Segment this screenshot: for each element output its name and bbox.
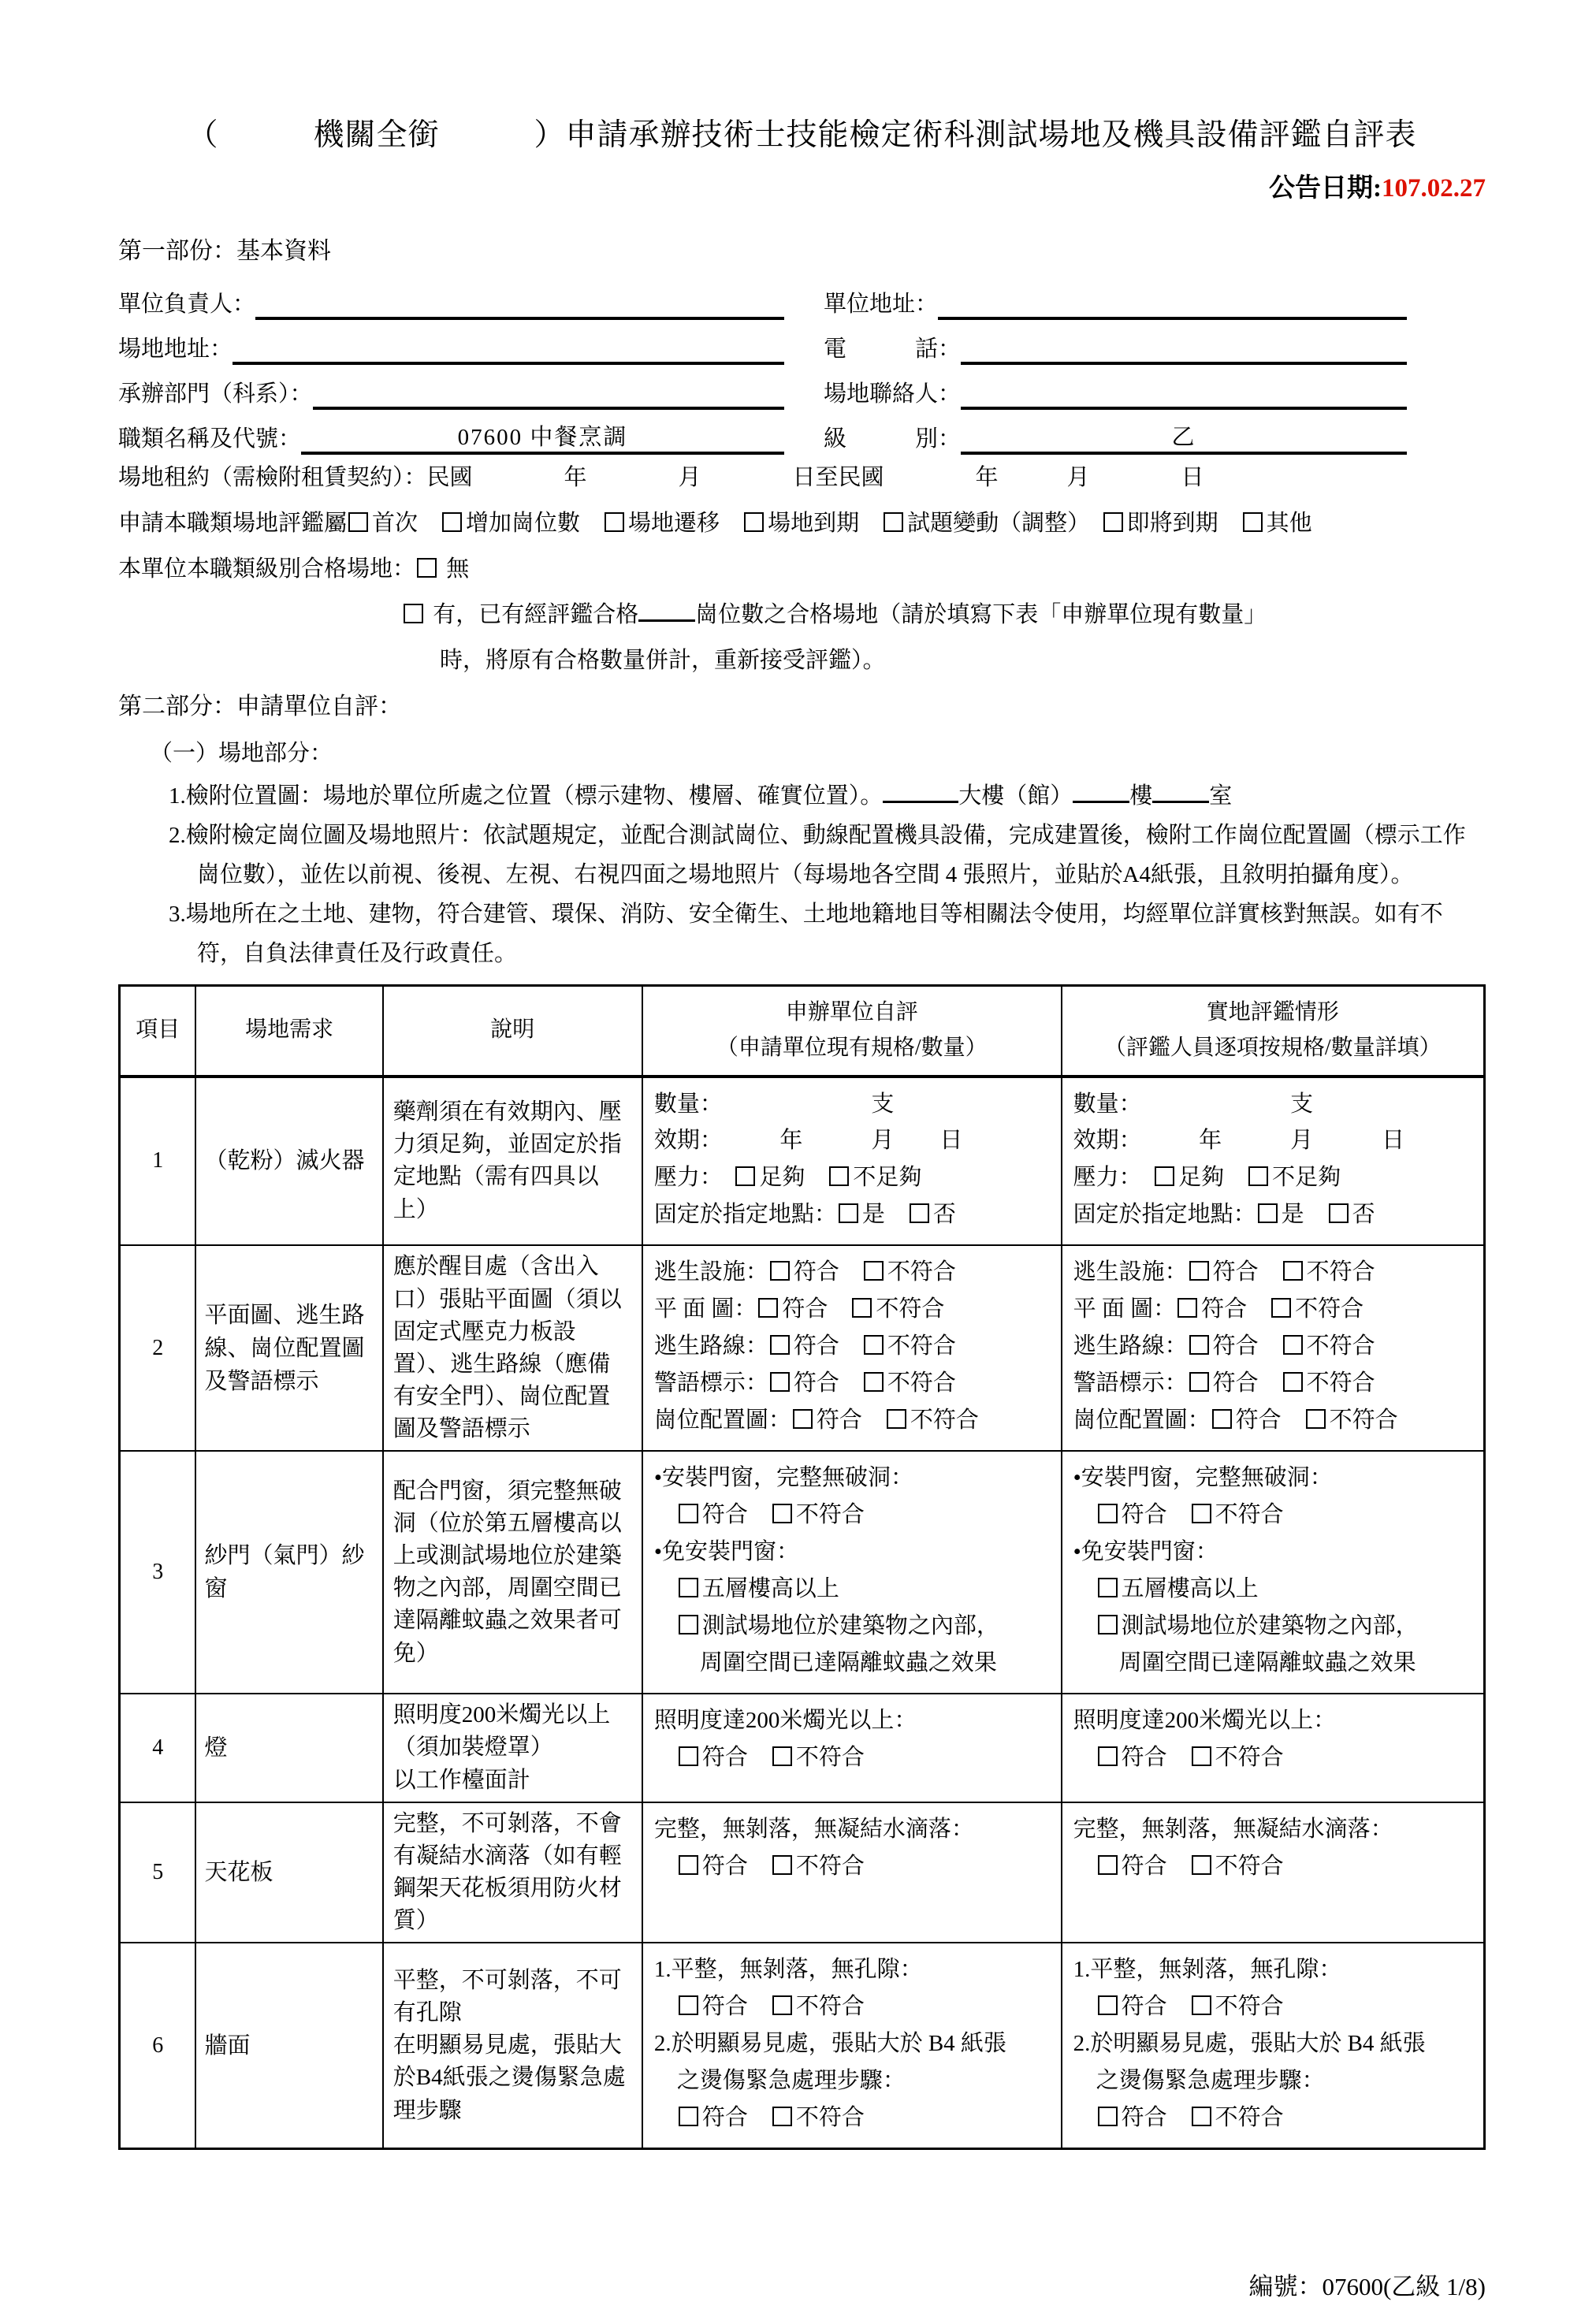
checkbox[interactable]: [417, 558, 437, 578]
checkbox[interactable]: [884, 512, 903, 532]
field-level: 級 別： 乙: [824, 410, 1407, 455]
col-header-item: 項目: [120, 986, 196, 1077]
cell-site-eval: •安裝門窗，完整無破洞： 符合 不符合•免安裝門窗： 五層樓高以上 測試場地位於…: [1062, 1451, 1485, 1694]
cell-self-eval: 1.平整，無剝落，無孔隙： 符合 不符合2.於明顯易見處，張貼大於 B4 紙張 …: [642, 1943, 1062, 2148]
cell-item: 1: [120, 1077, 196, 1246]
checkbox[interactable]: [1329, 1203, 1349, 1223]
checkbox[interactable]: [404, 604, 423, 623]
checkbox[interactable]: [1098, 1615, 1118, 1634]
checkbox[interactable]: [679, 2107, 698, 2126]
field-input-line[interactable]: [938, 284, 1407, 320]
field-label: 級 別：: [824, 425, 961, 455]
field-label: 職類名稱及代號：: [118, 425, 301, 455]
checkbox[interactable]: [1098, 1995, 1118, 2015]
table-row: 2 平面圖、逃生路線、崗位配置圖及警語標示 應於醒目處（含出入口）張貼平面圖（須…: [120, 1245, 1485, 1451]
checkbox[interactable]: [1098, 1578, 1118, 1597]
checkbox[interactable]: [1283, 1261, 1303, 1281]
col-header-self-eval: 申辦單位自評（申請單位現有規格/數量）: [642, 986, 1062, 1077]
checkbox[interactable]: [1192, 2107, 1211, 2126]
form-code-footer: 編號：07600(乙級 1/8): [118, 2267, 1486, 2302]
table-row: 6 牆面 平整，不可剝落，不可有孔隙在明顯易見處，張貼大於B4紙張之燙傷緊急處理…: [120, 1943, 1485, 2148]
checkbox[interactable]: [1212, 1409, 1232, 1429]
field-input-line[interactable]: [961, 374, 1407, 410]
checkbox[interactable]: [793, 1409, 813, 1429]
qualified-site-line-has: 有，已有經評鑑合格崗位數之合格場地（請於填寫下表「申辦單位現有數量」: [118, 592, 1486, 638]
checkbox[interactable]: [1271, 1298, 1291, 1318]
part2-item-3: 3.場地所在之土地、建物，符合建管、環保、消防、安全衛生、土地地籍地目等相關法令…: [118, 894, 1486, 973]
field-label: 單位負責人：: [118, 290, 255, 320]
checkbox[interactable]: [864, 1372, 884, 1392]
cell-site-eval: 數量： 支效期： 年 月 日壓力： 足夠 不足夠固定於指定地點：是 否: [1062, 1077, 1485, 1246]
cell-self-eval: 數量： 支效期： 年 月 日壓力： 足夠 不足夠固定於指定地點：是 否: [642, 1077, 1062, 1246]
form-title: （ 機關全銜 ）申請承辦技術士技能檢定術科測試場地及機具設備評鑑自評表: [118, 110, 1486, 154]
checkbox[interactable]: [1098, 1855, 1118, 1875]
cell-need: 燈: [195, 1694, 382, 1802]
checkbox[interactable]: [679, 1578, 698, 1597]
checkbox[interactable]: [1248, 1166, 1268, 1186]
checkbox[interactable]: [864, 1261, 884, 1281]
field-label: 單位地址：: [824, 290, 938, 320]
checkbox[interactable]: [852, 1298, 872, 1318]
checkbox[interactable]: [1243, 512, 1263, 532]
site-evaluation-table: 項目 場地需求 說明 申辦單位自評（申請單位現有規格/數量） 實地評鑑情形（評鑑…: [118, 984, 1486, 2150]
part1-heading: 第一部份：基本資料: [118, 228, 1486, 275]
cell-desc: 平整，不可剝落，不可有孔隙在明顯易見處，張貼大於B4紙張之燙傷緊急處理步驟: [383, 1943, 642, 2148]
cell-need: 牆面: [195, 1943, 382, 2148]
checkbox[interactable]: [1192, 1995, 1211, 2015]
checkbox[interactable]: [1098, 1504, 1118, 1523]
announce-date-line: 公告日期:107.02.27: [118, 167, 1486, 204]
cell-item: 4: [120, 1694, 196, 1802]
checkbox[interactable]: [770, 1372, 790, 1392]
table-row: 3 紗門（氣門）紗窗 配合門窗，須完整無破洞（位於第五層樓高以上或測試場地位於建…: [120, 1451, 1485, 1694]
checkbox[interactable]: [1177, 1298, 1197, 1318]
field-site-address: 場地地址：: [118, 320, 784, 365]
checkbox[interactable]: [1192, 1504, 1211, 1523]
blank-line: [1073, 778, 1129, 803]
checkbox[interactable]: [1258, 1203, 1278, 1223]
checkbox[interactable]: [1192, 1746, 1211, 1766]
checkbox[interactable]: [1192, 1855, 1211, 1875]
basic-info-grid: 單位負責人： 單位地址： 場地地址： 電 話： 承辦部門（科系）： 場地聯絡人：…: [118, 275, 1486, 455]
checkbox[interactable]: [1103, 512, 1123, 532]
cell-desc: 照明度200米燭光以上（須加裝燈罩）以工作檯面計: [383, 1694, 642, 1802]
checkbox[interactable]: [772, 1855, 792, 1875]
checkbox[interactable]: [679, 1995, 698, 2015]
cell-self-eval: •安裝門窗，完整無破洞： 符合 不符合•免安裝門窗： 五層樓高以上 測試場地位於…: [642, 1451, 1062, 1694]
col-header-need: 場地需求: [195, 986, 382, 1077]
field-value: 乙: [1172, 423, 1196, 452]
field-value: 07600 中餐烹調: [458, 423, 628, 452]
cell-item: 3: [120, 1451, 196, 1694]
checkbox[interactable]: [1155, 1166, 1174, 1186]
checkbox[interactable]: [770, 1261, 790, 1281]
qualified-site-line-cont: 時，將原有合格數量併計，重新接受評鑑）。: [118, 638, 1486, 683]
checkbox[interactable]: [679, 1504, 698, 1523]
cell-need: 天花板: [195, 1802, 382, 1943]
checkbox[interactable]: [772, 1746, 792, 1766]
field-input-line[interactable]: 乙: [961, 418, 1407, 455]
field-label: 場地聯絡人：: [824, 380, 961, 410]
checkbox[interactable]: [772, 2107, 792, 2126]
field-input-line[interactable]: 07600 中餐烹調: [301, 418, 784, 455]
cell-item: 2: [120, 1245, 196, 1451]
evaluation-category-line: 申請本職類場地評鑑屬首次 增加崗位數 場地遷移 場地到期 試題變動（調整） 即將…: [118, 500, 1486, 546]
field-label: 電 話：: [824, 335, 961, 365]
blank-line: [883, 778, 958, 803]
table-row: 1 （乾粉）滅火器 藥劑須在有效期內、壓力須足夠，並固定於指定地點（需有四具以上…: [120, 1077, 1485, 1246]
checkbox[interactable]: [772, 1504, 792, 1523]
field-input-line[interactable]: [255, 284, 784, 320]
cell-desc: 完整，不可剝落，不會有凝結水滴落（如有輕鋼架天花板須用防火材質）: [383, 1802, 642, 1943]
checkbox[interactable]: [910, 1203, 929, 1223]
checkbox[interactable]: [839, 1203, 858, 1223]
checkbox[interactable]: [864, 1335, 884, 1355]
checkbox[interactable]: [679, 1855, 698, 1875]
cell-item: 6: [120, 1943, 196, 2148]
checkbox[interactable]: [1189, 1372, 1209, 1392]
field-unit-head: 單位負責人：: [118, 275, 784, 320]
checkbox[interactable]: [829, 1166, 849, 1186]
blank-line: [638, 597, 695, 622]
field-phone: 電 話：: [824, 320, 1407, 365]
checkbox[interactable]: [770, 1335, 790, 1355]
table-row: 4 燈 照明度200米燭光以上（須加裝燈罩）以工作檯面計 照明度達200米燭光以…: [120, 1694, 1485, 1802]
lease-line: 場地租約（需檢附租賃契約）：民國 年 月 日至民國 年 月 日: [118, 455, 1486, 500]
table-header-row: 項目 場地需求 說明 申辦單位自評（申請單位現有規格/數量） 實地評鑑情形（評鑑…: [120, 986, 1485, 1077]
field-input-line[interactable]: [313, 374, 784, 410]
field-input-line[interactable]: [233, 329, 784, 365]
blank-line: [1152, 778, 1209, 803]
cell-site-eval: 1.平整，無剝落，無孔隙： 符合 不符合2.於明顯易見處，張貼大於 B4 紙張 …: [1062, 1943, 1485, 2148]
checkbox[interactable]: [744, 512, 764, 532]
cell-item: 5: [120, 1802, 196, 1943]
field-label: 場地地址：: [118, 335, 233, 365]
field-input-line[interactable]: [961, 329, 1407, 365]
field-unit-address: 單位地址：: [824, 275, 1407, 320]
cell-need: 紗門（氣門）紗窗: [195, 1451, 382, 1694]
checkbox[interactable]: [1283, 1335, 1303, 1355]
checkbox[interactable]: [735, 1166, 755, 1186]
part2-item-1: 1.檢附位置圖：場地於單位所處之位置（標示建物、樓層、確實位置）。大樓（館）樓室: [118, 776, 1486, 816]
cell-self-eval: 照明度達200米燭光以上： 符合 不符合: [642, 1694, 1062, 1802]
checkbox[interactable]: [605, 512, 624, 532]
cell-self-eval: 完整，無剝落，無凝結水滴落： 符合 不符合: [642, 1802, 1062, 1943]
cell-need: 平面圖、逃生路線、崗位配置圖及警語標示: [195, 1245, 382, 1451]
checkbox[interactable]: [1306, 1409, 1326, 1429]
part2-heading: 第二部分：申請單位自評：: [118, 683, 1486, 731]
col-header-site-eval: 實地評鑑情形（評鑑人員逐項按規格/數量詳填）: [1062, 986, 1485, 1077]
form-page: （ 機關全銜 ）申請承辦技術士技能檢定術科測試場地及機具設備評鑑自評表 公告日期…: [0, 0, 1596, 2259]
part2-item-2: 2.檢附檢定崗位圖及場地照片：依試題規定，並配合測試崗位、動線配置機具設備，完成…: [118, 816, 1486, 894]
checkbox[interactable]: [679, 1615, 698, 1634]
field-department: 承辦部門（科系）：: [118, 365, 784, 410]
qualified-site-line-none: 本單位本職類級別合格場地： 無: [118, 546, 1486, 592]
announce-date-label: 公告日期:: [1269, 174, 1382, 203]
checkbox[interactable]: [679, 1746, 698, 1766]
checkbox[interactable]: [772, 1995, 792, 2015]
checkbox[interactable]: [1189, 1335, 1209, 1355]
col-header-desc: 說明: [383, 986, 642, 1077]
checkbox[interactable]: [1098, 1746, 1118, 1766]
cell-site-eval: 照明度達200米燭光以上： 符合 不符合: [1062, 1694, 1485, 1802]
checkbox[interactable]: [348, 512, 368, 532]
field-label: 承辦部門（科系）：: [118, 380, 313, 410]
checkbox[interactable]: [1098, 2107, 1118, 2126]
cell-site-eval: 逃生設施：符合 不符合平 面 圖：符合 不符合逃生路線：符合 不符合警語標示：符…: [1062, 1245, 1485, 1451]
checkbox[interactable]: [1189, 1261, 1209, 1281]
cell-desc: 藥劑須在有效期內、壓力須足夠，並固定於指定地點（需有四具以上）: [383, 1077, 642, 1246]
cell-site-eval: 完整，無剝落，無凝結水滴落： 符合 不符合: [1062, 1802, 1485, 1943]
field-trade-name-code: 職類名稱及代號： 07600 中餐烹調: [118, 410, 784, 455]
cell-desc: 應於醒目處（含出入口）張貼平面圖（須以固定式壓克力板設置）、逃生路線（應備有安全…: [383, 1245, 642, 1451]
checkbox[interactable]: [758, 1298, 778, 1318]
cell-need: （乾粉）滅火器: [195, 1077, 382, 1246]
checkbox[interactable]: [1283, 1372, 1303, 1392]
cell-desc: 配合門窗，須完整無破洞（位於第五層樓高以上或測試場地位於建築物之內部，周圍空間已…: [383, 1451, 642, 1694]
table-row: 5 天花板 完整，不可剝落，不會有凝結水滴落（如有輕鋼架天花板須用防火材質） 完…: [120, 1802, 1485, 1943]
part2-sub-heading: （一）場地部分：: [118, 731, 1486, 776]
checkbox[interactable]: [442, 512, 462, 532]
announce-date-value: 107.02.27: [1382, 174, 1486, 203]
checkbox[interactable]: [887, 1409, 906, 1429]
field-site-contact: 場地聯絡人：: [824, 365, 1407, 410]
cell-self-eval: 逃生設施：符合 不符合平 面 圖：符合 不符合逃生路線：符合 不符合警語標示：符…: [642, 1245, 1062, 1451]
